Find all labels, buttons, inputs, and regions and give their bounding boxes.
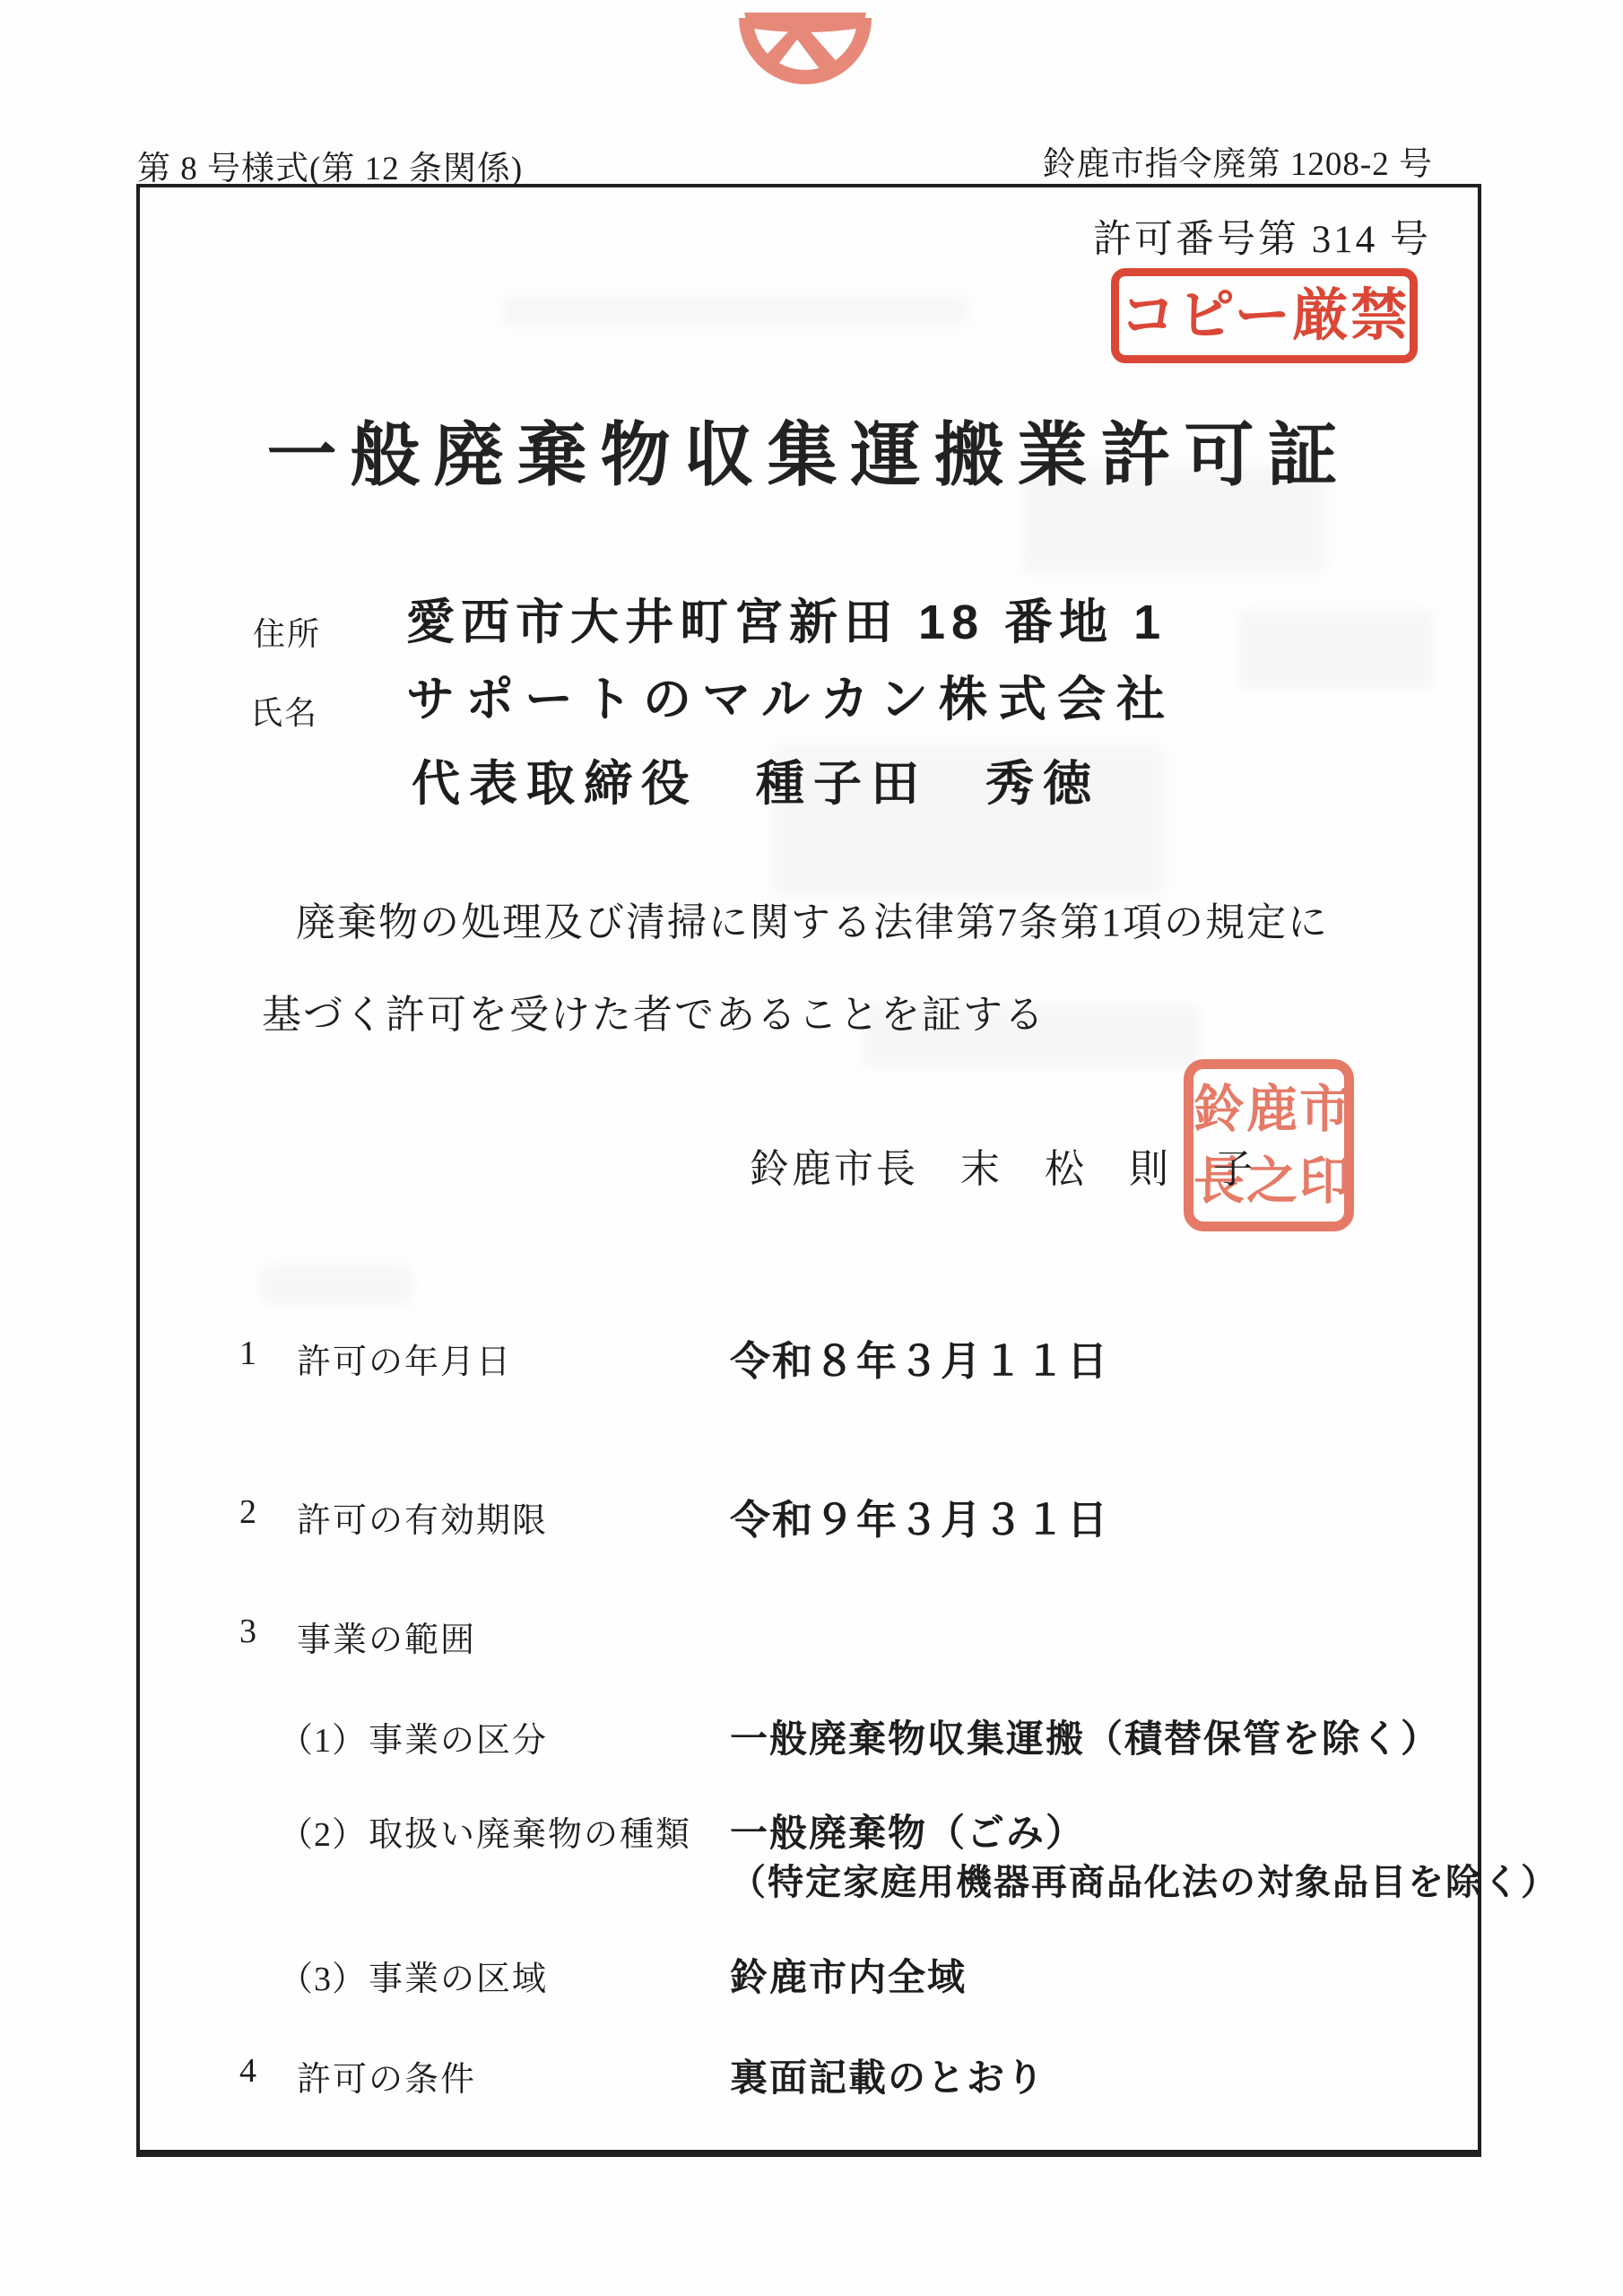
item-3-2-value: 一般廃棄物（ごみ）: [730, 1804, 1085, 1857]
round-stamp-icon: [733, 13, 877, 104]
copy-ban-stamp: コピー厳禁: [1111, 268, 1418, 363]
issuer-mayor-name: 鈴鹿市長 末 松 則 子: [750, 1136, 1255, 1194]
seal-row-1: 鈴鹿市: [1193, 1074, 1344, 1146]
certificate-title: 一般廃棄物収集運搬業許可証: [266, 399, 1350, 500]
item-1-value: 令和８年３月１１日: [730, 1328, 1109, 1387]
item-3-number: 3: [239, 1612, 257, 1651]
item-1-label: 許可の年月日: [297, 1334, 512, 1383]
company-name: サポートのマルカン株式会社: [406, 661, 1176, 730]
directive-number: 鈴鹿市指令廃第 1208-2 号: [1043, 136, 1433, 185]
item-3-3-number: （3）: [279, 1951, 367, 2000]
name-label: 氏名: [250, 688, 318, 734]
copy-ban-stamp-text: コピー厳禁: [1120, 288, 1409, 344]
scanned-permit-page: { "page": { "form_number": "第 8 号様式(第 12…: [0, 0, 1623, 2296]
item-3-3-value: 鈴鹿市内全域: [730, 1948, 967, 2002]
item-3-1-number: （1）: [279, 1712, 367, 1761]
address-label: 住所: [253, 609, 321, 655]
item-2-number: 2: [239, 1492, 257, 1532]
form-number: 第 8 号様式(第 12 条関係): [137, 141, 523, 189]
item-4-number: 4: [239, 2051, 257, 2091]
item-4-label: 許可の条件: [297, 2051, 476, 2100]
address-value: 愛西市大井町宮新田 18 番地 1: [406, 584, 1167, 653]
item-3-label: 事業の範囲: [297, 1612, 476, 1661]
certificate-frame: 許可番号第 314 号 コピー厳禁 一般廃棄物収集運搬業許可証 住所 愛西市大井…: [136, 184, 1481, 2157]
item-3-3-label: 事業の区域: [369, 1951, 548, 2000]
item-2-value: 令和９年３月３１日: [730, 1487, 1109, 1545]
body-text-line1: 廃棄物の処理及び清掃に関する法律第7条第1項の規定に: [296, 890, 1329, 947]
item-3-1-value: 一般廃棄物収集運搬（積替保管を除く）: [730, 1709, 1440, 1763]
item-3-2-value-note: （特定家庭用機器再商品化法の対象品目を除く）: [730, 1854, 1558, 1905]
representative-name: 代表取締役 種子田 秀徳: [412, 745, 1100, 814]
item-1-number: 1: [239, 1334, 257, 1373]
item-3-2-label: 取扱い廃棄物の種類: [369, 1806, 691, 1856]
item-3-1-label: 事業の区分: [369, 1712, 548, 1761]
body-text-line2: 基づく許可を受けた者であることを証する: [262, 982, 1046, 1039]
item-3-2-number: （2）: [279, 1806, 367, 1856]
item-2-label: 許可の有効期限: [297, 1492, 548, 1542]
permit-number: 許可番号第 314 号: [1093, 209, 1431, 264]
item-4-value: 裏面記載のとおり: [730, 2048, 1046, 2102]
